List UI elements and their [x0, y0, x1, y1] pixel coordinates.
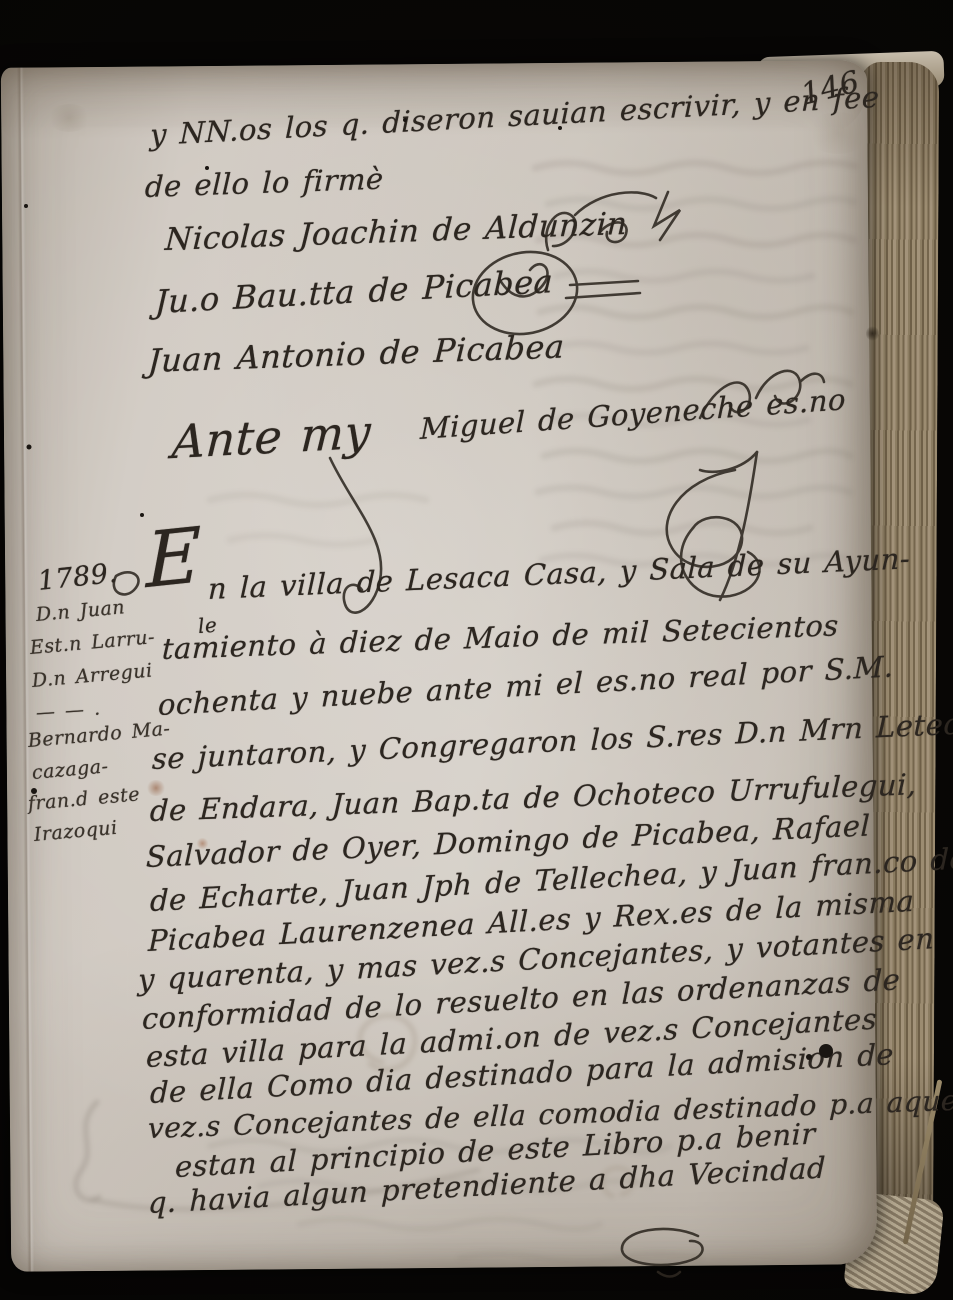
manuscript-photo: 146 y NN.os los q. diseron sauian escriv…: [0, 0, 953, 1300]
entry-initial: E: [146, 510, 202, 605]
ante-my-label: Ante my: [171, 404, 373, 469]
margin-note: — — .: [35, 698, 101, 724]
